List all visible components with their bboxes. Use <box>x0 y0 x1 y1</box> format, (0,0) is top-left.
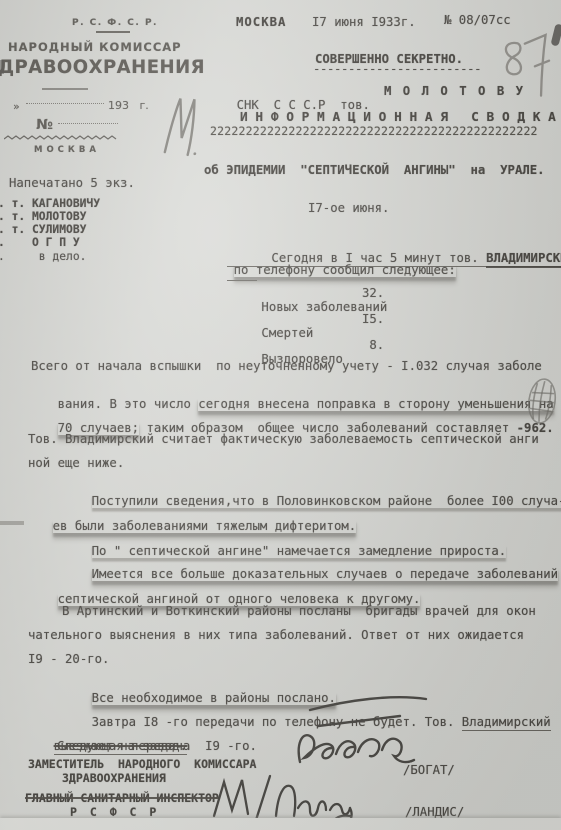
body-line: I9 - 20-го. <box>28 652 109 666</box>
report-date: I7-ое июня. <box>308 201 389 215</box>
copies-note: Напечатано 5 экз. <box>9 176 135 190</box>
document-page: Р. С. Ф. С. Р. НАРОДНЫЙ КОМИССАР ДРАВООХ… <box>0 0 561 830</box>
letterhead-rule-small <box>96 31 130 33</box>
body-line: Следующая передача I9 -го. <box>57 739 257 753</box>
scan-artifact-underline-stub <box>0 521 24 525</box>
list-item: . О Г П У <box>0 236 80 249</box>
body-line: ной еще ниже. <box>28 456 124 470</box>
intro-line-2-text: по телефону сообщил следующее: <box>234 263 456 277</box>
addressee-name: М О Л О Т О В У <box>384 84 525 98</box>
letterhead-date-blank-line <box>26 102 104 104</box>
stat-value: I5. <box>362 312 384 326</box>
letterhead-republic: Р. С. Ф. С. Р. <box>72 18 158 28</box>
letterhead-quote-mark: » <box>13 100 20 113</box>
letterhead-org-line1: НАРОДНЫЙ КОМИССАР <box>8 40 182 54</box>
letterhead-year-blank: 193 г. <box>108 99 149 112</box>
header-doc-number: № 08/07сс <box>444 13 511 27</box>
signature-post-1-line-2: ЗДРАВООХРАНЕНИЯ <box>62 772 166 785</box>
handwritten-page-number <box>489 23 561 112</box>
body-text-underlined: Владимирский <box>462 715 551 731</box>
list-item: . т. СУЛИМОВУ <box>0 223 86 236</box>
scan-artifact-blotch <box>550 23 561 46</box>
body-line: В Артинский и Воткинский районы посланы … <box>62 604 536 618</box>
signature-post-1-line-1: ЗАМЕСТИТЕЛЬ НАРОДНОГО КОМИССАРА <box>28 758 256 771</box>
handwritten-margin-mark <box>157 90 207 165</box>
body-line: Тов. Владимирский считает фактическую за… <box>28 432 539 446</box>
body-line: чательного выяснения в них типа заболева… <box>28 628 524 642</box>
stat-value: 32. <box>362 286 384 300</box>
header-date: I7 июня I933г. <box>312 15 416 29</box>
body-line: Всего от начала вспышки по неуточненному… <box>31 359 542 373</box>
subject-line: об ЭПИДЕМИИ "СЕПТИЧЕСКОЙ АНГИНЫ" на УРАЛ… <box>204 163 545 177</box>
stat-value: 8. <box>362 338 384 352</box>
list-item: . т. КАГАНОВИЧУ <box>0 197 100 210</box>
letterhead-number-sign: № <box>36 117 53 133</box>
letterhead-rule <box>42 88 88 90</box>
wavy-divider <box>4 134 120 141</box>
header-city: МОСКВА <box>236 15 286 29</box>
letterhead-city: МОСКВА <box>34 145 100 155</box>
letterhead-number-blank-line <box>58 122 118 124</box>
signature-name-bogat: /БОГАТ/ <box>403 763 455 777</box>
scan-bottom-strip <box>0 818 561 830</box>
secrecy-dashes: ------------------------ <box>313 62 481 76</box>
signature-post-2-line-1: ГЛАВНЫЙ САНИТАРНЫЙ ИНСПЕКТОР <box>25 792 219 805</box>
scan-artifact-edge-mark <box>0 60 4 74</box>
list-item: . в дело. <box>0 250 86 263</box>
title-underline: 2222222222222222222222222222222222222222… <box>210 125 538 138</box>
list-item: . т. МОЛОТОВУ <box>0 210 86 223</box>
intro-line-1-name: ВЛАДИМИРСКИЙ <box>486 251 561 268</box>
letterhead-org-line2: ДРАВООХРАНЕНИЯ <box>0 56 205 78</box>
